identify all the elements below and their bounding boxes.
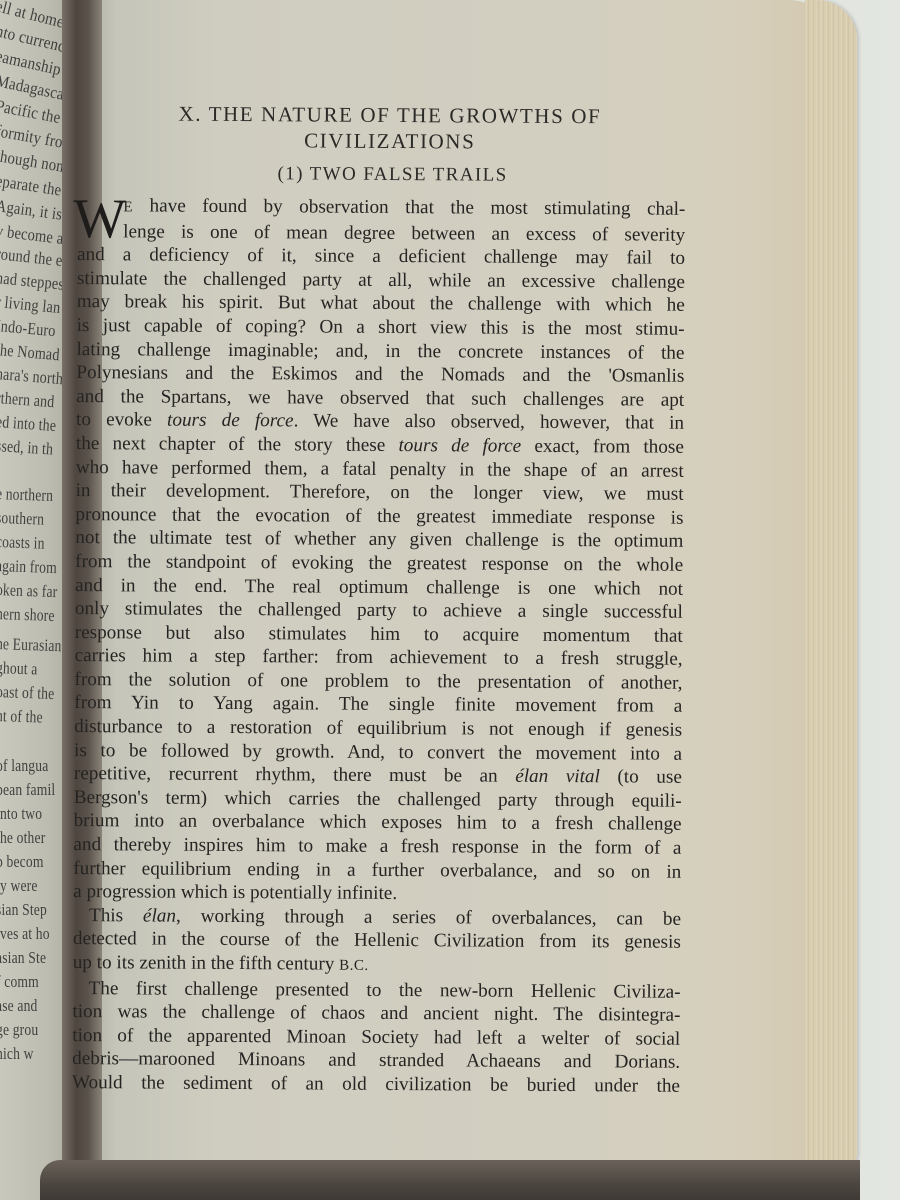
- text-line: not the ultimate test of whether any giv…: [75, 526, 683, 553]
- left-page-text-fragment: ly were: [0, 876, 38, 896]
- italic-phrase: élan vital: [515, 766, 600, 788]
- chapter-title: X. THE NATURE OF THE GROWTHS OF CIVILIZA…: [70, 100, 686, 156]
- italic-phrase: tours de force: [167, 410, 294, 432]
- left-page-text-fragment: ase and: [0, 996, 38, 1016]
- left-page-text-fragment: ssed, in th: [0, 436, 54, 460]
- left-page-text-fragment: hern shore: [0, 604, 55, 626]
- left-page-text-fragment: lves at ho: [0, 924, 50, 944]
- paragraph-3: The first challenge presented to the new…: [64, 977, 681, 1099]
- left-page-text-fragment: p becom: [0, 852, 44, 872]
- left-page-text-fragment: nad steppes: [0, 268, 65, 295]
- left-page-text-fragment: Indo-Euro: [0, 316, 56, 341]
- text-line: a progression which is potentially infin…: [73, 880, 681, 907]
- chapter-title-line1: X. THE NATURE OF THE GROWTHS OF: [178, 102, 601, 129]
- text-line: and thereby inspires him to make a fresh…: [73, 833, 681, 860]
- text-line: repetitive, recurrent rhythm, there must…: [74, 762, 682, 789]
- left-page-text-fragment: the Nomad: [0, 340, 60, 365]
- left-page-text-fragment: again from: [0, 556, 57, 578]
- left-page-text-fragment: f comm: [0, 972, 39, 992]
- text-line: tion was the challenge of chaos and anci…: [72, 1000, 680, 1027]
- left-page-text-fragment: e northern: [0, 484, 53, 506]
- left-page-text-fragment: he Eurasian: [0, 634, 62, 656]
- italic-phrase: élan: [143, 905, 176, 926]
- text-line: and a deficiency of it, since a deficien…: [77, 243, 685, 270]
- text-line: disturbance to a restoration of equilibr…: [74, 715, 682, 742]
- page-stack-edges: [805, 0, 857, 1175]
- text-line: the next chapter of the story these tour…: [76, 432, 684, 459]
- left-page-text-fragment: ed into the: [0, 412, 57, 436]
- left-page-text-fragment: r living lan: [0, 292, 61, 318]
- left-page-text-fragment: nt of the: [0, 706, 43, 728]
- text-line: from the standpoint of evoking the great…: [75, 550, 683, 577]
- left-page-text-fragment: pean famil: [0, 780, 55, 800]
- left-page-text-fragment: of langua: [0, 756, 48, 776]
- text-line: up to its zenith in the fifth century B.…: [73, 951, 681, 980]
- left-page-text-fragment: hich w: [0, 1044, 34, 1064]
- left-page-text-fragment: coasts in: [0, 532, 45, 554]
- left-page-text-fragment: ge grou: [0, 1020, 38, 1040]
- left-page-text-fragment: the other: [0, 828, 45, 848]
- text-line: carries him a step farther: from achieve…: [75, 644, 683, 671]
- left-page-text-fragment: into two: [0, 804, 42, 824]
- left-page-text-fragment: sian Step: [0, 900, 47, 920]
- paragraph-2: This élan, working through a series of o…: [65, 904, 681, 981]
- italic-phrase: tours de force: [398, 435, 521, 457]
- left-page-text-fragment: oken as far: [0, 580, 58, 602]
- text-line: E have found by observation that the mos…: [77, 194, 685, 223]
- text-line: Polynesians and the Eskimos and the Noma…: [76, 361, 684, 388]
- left-page-text-fragment: hara's north: [0, 364, 64, 389]
- left-page-text-fragment: oast of the: [0, 682, 55, 704]
- text-line: is just capable of coping? On a short vi…: [77, 314, 685, 341]
- drop-cap: W: [73, 196, 126, 242]
- text-line: only stimulates the challenged party to …: [75, 597, 683, 624]
- left-page-text-fragment: rthern and: [0, 388, 55, 412]
- page-text-block: X. THE NATURE OF THE GROWTHS OF CIVILIZA…: [64, 100, 686, 1098]
- section-title: (1) TWO FALSE TRAILS: [69, 162, 685, 188]
- text-line: in their development. Therefore, on the …: [76, 479, 684, 506]
- book-photo: ell at home,nto currency ofeamanship beM…: [0, 0, 900, 1200]
- left-page-text-fragment: southern: [0, 508, 44, 530]
- chapter-title-line2: CIVILIZATIONS: [304, 128, 475, 153]
- text-line: Would the sediment of an old civilizatio…: [72, 1071, 680, 1098]
- bottom-shadow: [40, 1160, 860, 1200]
- left-page-text-fragment: Again, it is: [0, 196, 63, 225]
- left-page-text-fragment: ghout a: [0, 658, 38, 679]
- left-page-text-fragment: asian Ste: [0, 948, 46, 968]
- paragraph-1: W E have found by observation that the m…: [65, 194, 685, 908]
